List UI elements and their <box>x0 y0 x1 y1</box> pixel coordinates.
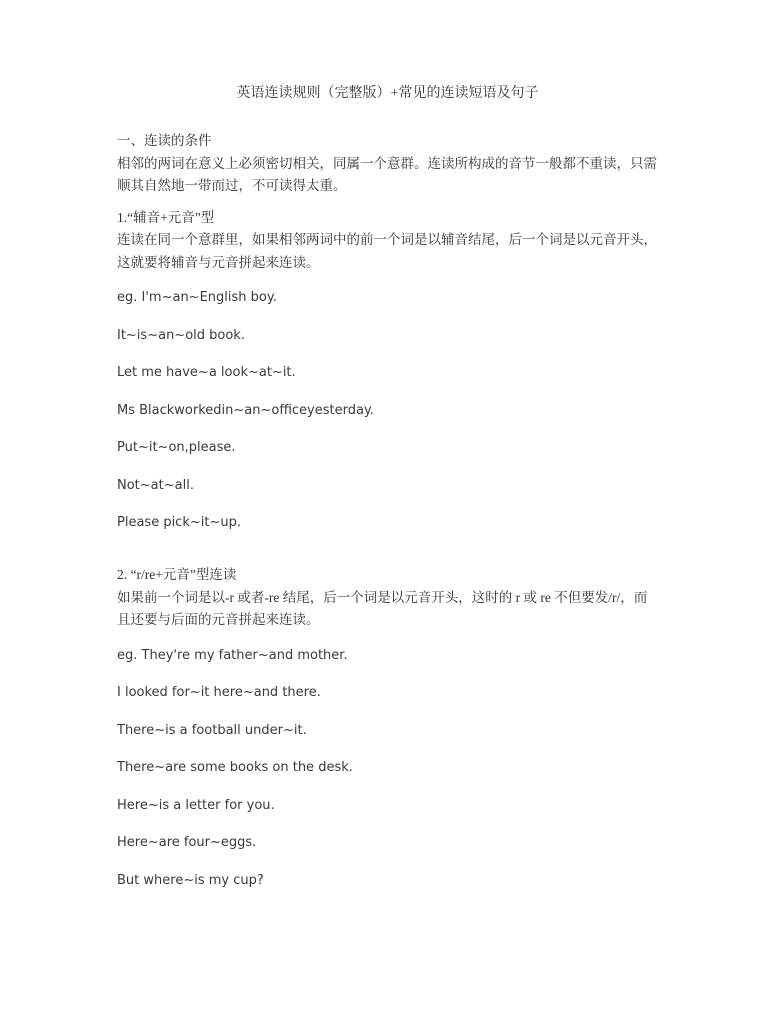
example-sentence: Put~it~on,please. <box>117 438 658 457</box>
example-sentence: eg. They're my father~and mother. <box>117 646 658 665</box>
section-body: 连读在同一个意群里，如果相邻两词中的前一个词是以辅音结尾，后一个词是以元音开头，… <box>117 229 658 274</box>
example-sentence: There~are some books on the desk. <box>117 758 658 777</box>
example-sentence: Here~are four~eggs. <box>117 833 658 852</box>
example-sentence: Here~is a letter for you. <box>117 796 658 815</box>
example-sentence: Let me have~a look~at~it. <box>117 363 658 382</box>
example-sentence: There~is a football under~it. <box>117 721 658 740</box>
example-sentence: Please pick~it~up. <box>117 513 658 532</box>
example-sentence: I looked for~it here~and there. <box>117 683 658 702</box>
document-title: 英语连读规则（完整版）+常见的连读短语及句子 <box>117 82 658 105</box>
example-sentence: Ms Blackworkedin~an~officeyesterday. <box>117 401 658 420</box>
document-page: 英语连读规则（完整版）+常见的连读短语及句子 一、连读的条件 相邻的两词在意义上… <box>0 0 768 1024</box>
section-heading: 一、连读的条件 <box>117 130 658 153</box>
section-liaison-conditions: 一、连读的条件 相邻的两词在意义上必须密切相关，同属一个意群。连读所构成的音节一… <box>117 130 658 198</box>
example-sentence: But where~is my cup? <box>117 871 658 890</box>
example-sentence: Not~at~all. <box>117 476 658 495</box>
example-sentence: eg. I'm~an~English boy. <box>117 288 658 307</box>
example-list: eg. They're my father~and mother. I look… <box>117 646 658 890</box>
example-sentence: It~is~an~old book. <box>117 326 658 345</box>
section-heading: 2. “r/re+元音”型连读 <box>117 564 658 587</box>
example-list: eg. I'm~an~English boy. It~is~an~old boo… <box>117 288 658 532</box>
section-consonant-plus-vowel: 1.“辅音+元音”型 连读在同一个意群里，如果相邻两词中的前一个词是以辅音结尾，… <box>117 207 658 533</box>
section-r-re-plus-vowel: 2. “r/re+元音”型连读 如果前一个词是以-r 或者-re 结尾，后一个词… <box>117 564 658 890</box>
section-heading: 1.“辅音+元音”型 <box>117 207 658 230</box>
section-body: 如果前一个词是以-r 或者-re 结尾，后一个词是以元音开头，这时的 r 或 r… <box>117 587 658 632</box>
section-body: 相邻的两词在意义上必须密切相关，同属一个意群。连读所构成的音节一般都不重读，只需… <box>117 153 658 198</box>
